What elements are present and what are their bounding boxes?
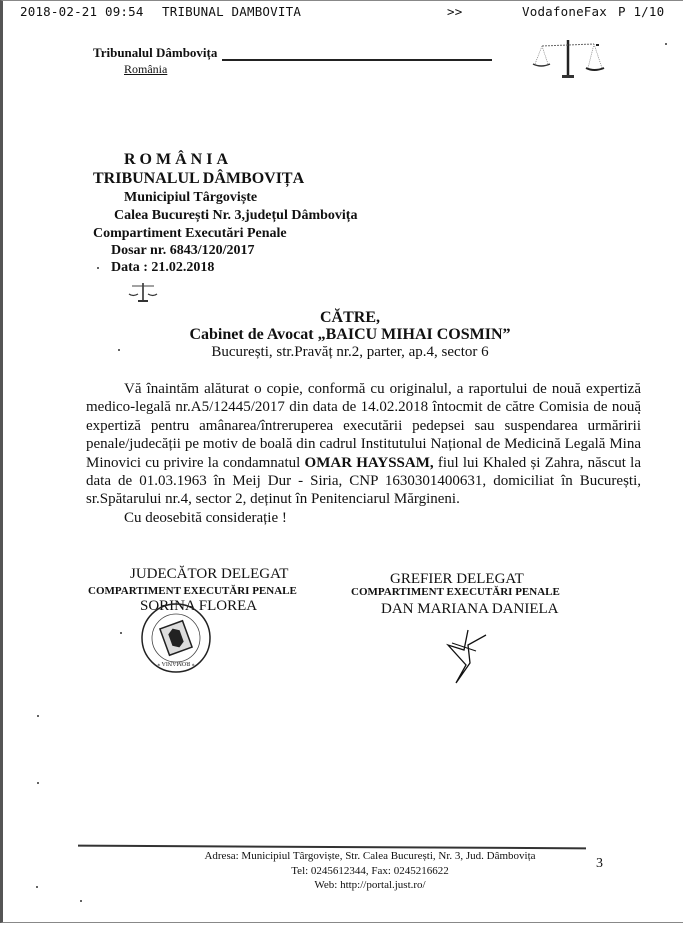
handwritten-signature (446, 625, 506, 685)
fax-page: P 1/10 (618, 4, 664, 19)
scan-speck (97, 267, 99, 269)
page-number: 3 (596, 856, 603, 872)
judge-title: JUDECĂTOR DELEGAT (130, 566, 288, 583)
court-seal-stamp: * ROMANIA * (140, 602, 212, 674)
footer-address: Adresa: Municipiul Târgoviște, Str. Cale… (0, 850, 685, 862)
svg-text:* ROMANIA *: * ROMANIA * (157, 660, 194, 666)
recipient-name: Cabinet de Avocat „BAICU MIHAI COSMIN” (0, 326, 685, 344)
scan-speck (120, 632, 122, 634)
sender-court: TRIBUNALUL DÂMBOVIȚA (93, 170, 304, 188)
fax-sender: TRIBUNAL DAMBOVITA (162, 4, 301, 19)
fax-arrow: >> (447, 4, 462, 19)
document-date: Data : 21.02.2018 (111, 260, 214, 276)
scales-of-justice-icon (127, 281, 159, 303)
letter-body: Vă înaintăm alăturat o copie, conformă c… (86, 380, 641, 527)
letterhead-country: România (124, 62, 167, 77)
fax-receiver: VodafoneFax (522, 4, 607, 19)
footer-web: Web: http://portal.just.ro/ (0, 879, 685, 891)
clerk-name: DAN MARIANA DANIELA (381, 601, 559, 618)
clerk-department: COMPARTIMENT EXECUTĂRI PENALE (351, 586, 560, 598)
fax-timestamp: 2018-02-21 09:54 (20, 4, 144, 19)
scan-speck (638, 412, 640, 414)
closing-line: Cu deosebită considerație ! (86, 509, 641, 527)
letterhead-rule (222, 59, 492, 61)
file-number: Dosar nr. 6843/120/2017 (111, 243, 255, 259)
body-paragraph: Vă înaintăm alăturat o copie, conformă c… (86, 380, 641, 509)
scan-speck (36, 886, 38, 888)
scan-speck (37, 782, 39, 784)
sender-city: Municipiul Târgoviște (124, 190, 257, 206)
judge-department: COMPARTIMENT EXECUTĂRI PENALE (88, 585, 297, 597)
sender-address: Calea București Nr. 3,județul Dâmbovița (114, 208, 357, 224)
recipient-to: CĂTRE, (0, 309, 685, 327)
recipient-address: București, str.Pravăț nr.2, parter, ap.4… (0, 344, 685, 361)
letterhead-court: Tribunalul Dâmbovița (93, 45, 217, 61)
sender-country: ROMÂNIA (124, 151, 232, 169)
scales-of-justice-icon (530, 38, 620, 80)
sender-department: Compartiment Executări Penale (93, 226, 287, 242)
footer-phone: Tel: 0245612344, Fax: 0245216622 (0, 865, 685, 877)
scan-speck (665, 43, 667, 45)
subject-name: OMAR HAYSSAM, (305, 455, 434, 471)
scan-speck (80, 900, 82, 902)
scan-speck (37, 715, 39, 717)
